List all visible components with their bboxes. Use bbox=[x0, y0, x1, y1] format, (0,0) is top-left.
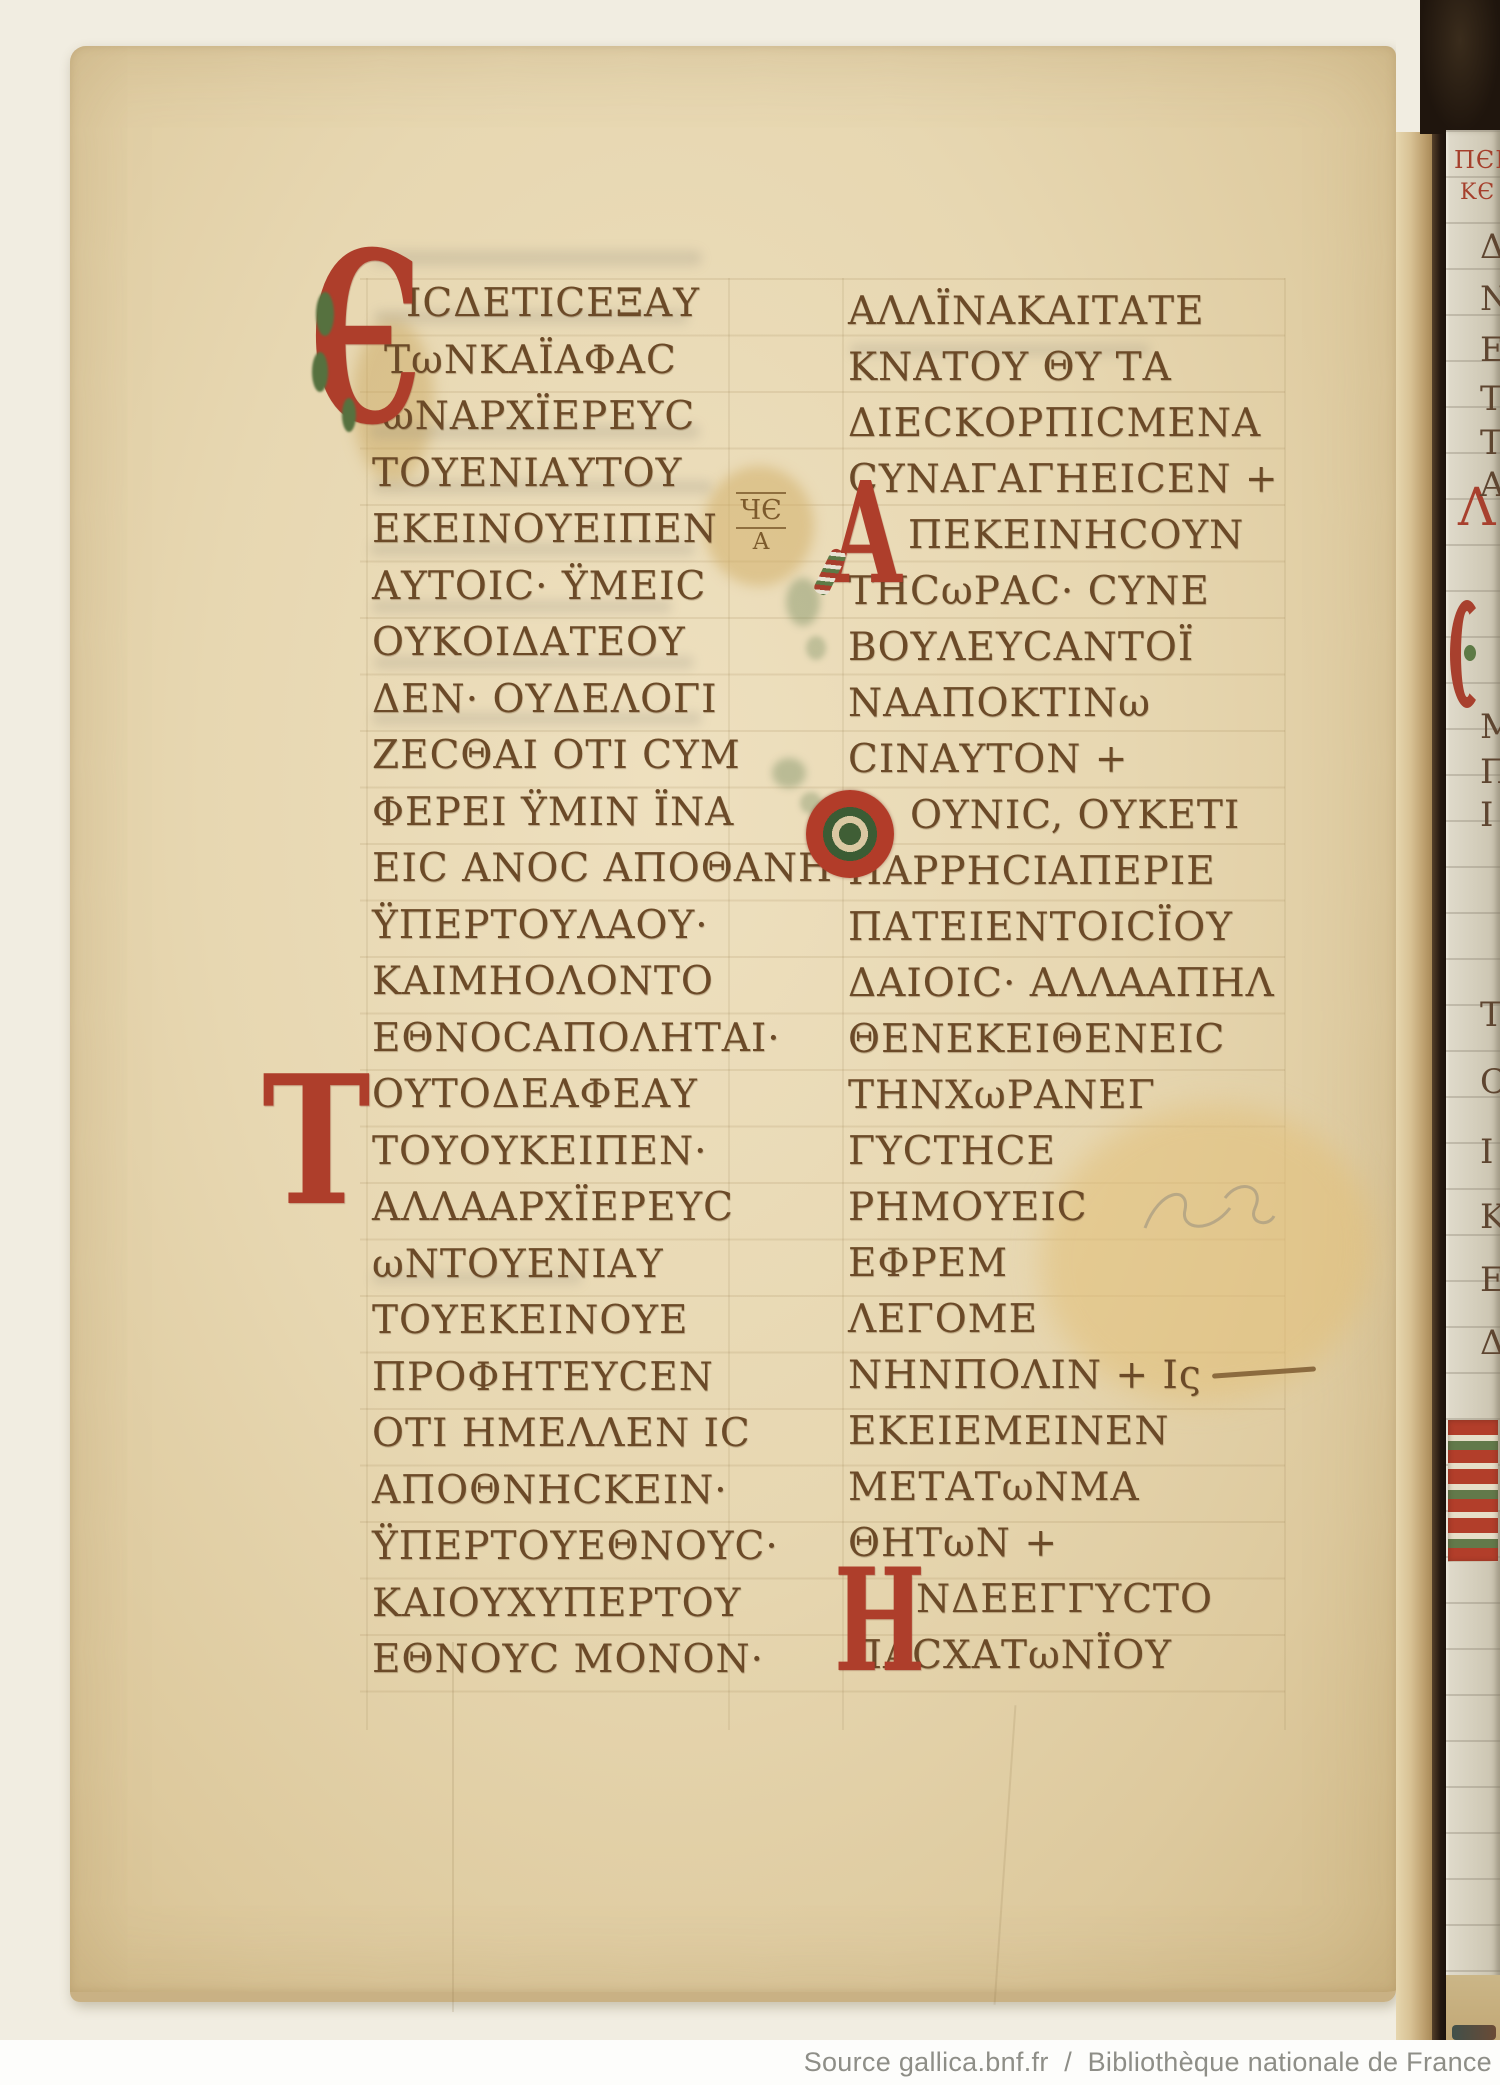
kephalaion-number: ЧЄ bbox=[736, 492, 786, 529]
page-edge bbox=[1396, 46, 1432, 2040]
manuscript-line: ΚΑΙΟΥΧΥΠΕΡΤΟΥ bbox=[372, 1576, 833, 1633]
manuscript-line: ΕΘΝΟΥC ΜΟΝΟΝ· bbox=[372, 1632, 833, 1689]
manuscript-line: ΑΥΤΟΙC· ΫΜΕΙC bbox=[372, 559, 833, 616]
manuscript-line: ΚΑΙΜΗΟΛΟΝΤΟ bbox=[372, 954, 833, 1011]
attribution-bar: Source gallica.bnf.fr / Bibliothèque nat… bbox=[0, 2040, 1500, 2085]
facing-rubric: ΚЄ bbox=[1460, 180, 1495, 205]
manuscript-line: ΤΗΝΧωΡΑΝΕΓ bbox=[848, 1068, 1279, 1124]
facing-letter: Ν bbox=[1480, 282, 1500, 316]
initial-foliage-icon bbox=[316, 292, 334, 336]
manuscript-line: ΕΦΡΕΜ bbox=[848, 1236, 1279, 1292]
manuscript-line: ΑΛΛΪΝΑΚΑΙΤΑΤΕ bbox=[848, 284, 1279, 340]
manuscript-line: ΑΠΟΘΝΗCΚΕΙΝ· bbox=[372, 1463, 833, 1520]
manuscript-line: ΫΠΕΡΤΟΥΕΘΝΟΥC· bbox=[372, 1519, 833, 1576]
manuscript-line: ωΝΤΟΥΕΝΙΑΥ bbox=[372, 1237, 833, 1294]
facing-letter: Π bbox=[1480, 755, 1500, 789]
manuscript-line: ΔΑΙΟΙC· ΑΛΛΑΑΠΗΛ bbox=[848, 956, 1279, 1012]
facing-ornament-band bbox=[1448, 1420, 1498, 1562]
manuscript-line: ΕΚΕΙΕΜΕΙΝΕΝ bbox=[848, 1404, 1279, 1460]
manuscript-line: ΔΕΝ· ΟΥΔΕΛΟΓΙ bbox=[372, 672, 833, 729]
manuscript-line: ΝΔΕΕΓΓΥCΤΟ bbox=[916, 1572, 1279, 1628]
facing-letter: Ι bbox=[1480, 1135, 1493, 1169]
manuscript-line: ΠΑΡΡΗCΙΑΠΕΡΙΕ bbox=[848, 844, 1279, 900]
ruling-vertical bbox=[1284, 278, 1286, 1730]
facing-letter: Μ bbox=[1480, 710, 1500, 744]
facing-letter: Κ bbox=[1480, 1200, 1500, 1234]
facing-rubric: ΠЄΡ bbox=[1454, 146, 1500, 174]
facing-letter: Ι bbox=[1480, 798, 1493, 832]
manuscript-line: ωΝΑΡΧΪΕΡΕΥC bbox=[382, 389, 833, 446]
manuscript-line: ΤΗCωΡΑC· CΥΝΕ bbox=[848, 564, 1279, 620]
manuscript-line: ΕΘΝΟCΑΠΟΛΗΤΑΙ· bbox=[372, 1011, 833, 1068]
facing-letter: Ε bbox=[1480, 333, 1500, 367]
manuscript-line: ΙCΔΕΤΙCΕΞΑΥ bbox=[406, 276, 833, 333]
attribution-text: Source gallica.bnf.fr / Bibliothèque nat… bbox=[804, 2047, 1492, 2078]
binding-spine-shadow bbox=[1420, 0, 1500, 134]
manuscript-line: ΟΥΚΟΙΔΑΤΕΟΥ bbox=[372, 615, 833, 672]
facing-initial-green-dot bbox=[1464, 645, 1476, 661]
facing-letter: C bbox=[1480, 1065, 1500, 1099]
facing-letter: Τ bbox=[1480, 998, 1500, 1032]
manuscript-line: CΥΝΑΓΑΓΗΕΙCΕΝ + bbox=[848, 452, 1279, 508]
manuscript-line: CΙΝΑΥΤΟΝ + bbox=[848, 732, 1279, 788]
manuscript-line: ΘΕΝΕΚΕΙΘΕΝΕΙC bbox=[848, 1012, 1279, 1068]
text-column-left: ΙCΔΕΤΙCΕΞΑΥΤωΝΚΑΪΑΦΑCωΝΑΡΧΪΕΡΕΥCΤΟΥΕΝΙΑΥ… bbox=[372, 276, 833, 1689]
initial-tau: Τ bbox=[262, 1052, 371, 1230]
manuscript-line: ΠΑΤΕΙΕΝΤΟΙCΪΟΥ bbox=[848, 900, 1279, 956]
manuscript-line: ΔΙΕCΚΟΡΠΙCΜΕΝΑ bbox=[848, 396, 1279, 452]
facing-letter: Ε bbox=[1480, 1263, 1500, 1297]
initial-alpha: Α bbox=[830, 464, 902, 604]
initial-eta: Η bbox=[834, 1550, 925, 1692]
manuscript-line: ΕΙC ΑΝΟC ΑΠΟΘΑΝΗ bbox=[372, 841, 833, 898]
manuscript-line: ΝΑΑΠΟΚΤΙΝω bbox=[848, 676, 1279, 732]
parchment-crease bbox=[452, 1642, 454, 2012]
kephalaion-note: ЧЄ Α bbox=[728, 492, 794, 555]
facing-letter: Δ bbox=[1480, 230, 1500, 264]
ruling-vertical bbox=[366, 278, 368, 1730]
initial-foliage-icon bbox=[312, 352, 328, 392]
binding-gutter bbox=[1432, 128, 1446, 2040]
manuscript-line: ΒΟΥΛΕΥCΑΝΤΟΪ bbox=[848, 620, 1279, 676]
manuscript-line: ΟΤΙ ΗΜΕΛΛΕΝ ΙC bbox=[372, 1406, 833, 1463]
initial-foliage-icon bbox=[342, 398, 356, 432]
initial-omicron-roundel bbox=[806, 790, 894, 878]
manuscript-line: ΛΕΓΟΜΕ bbox=[848, 1292, 1279, 1348]
facing-letter: Τ bbox=[1480, 426, 1500, 460]
facing-letter: Δ bbox=[1480, 1326, 1500, 1360]
manuscript-line: ΤΟΥΟΥΚΕΙΠΕΝ· bbox=[372, 1124, 833, 1181]
manuscript-line: ΚΝΑΤΟΥ ΘΥ ΤΑ bbox=[848, 340, 1279, 396]
manuscript-line: ΠΡΟΦΗΤΕΥCΕΝ bbox=[372, 1350, 833, 1407]
manuscript-line: ΜΕΤΑΤωΝΜΑ bbox=[848, 1460, 1279, 1516]
kephalaion-canon: Α bbox=[728, 529, 794, 555]
manuscript-line: ΟΥΤΟΔΕΑΦΕΑΥ bbox=[372, 1067, 833, 1124]
initial-epsilon: Є bbox=[310, 222, 422, 457]
manuscript-line: ΤΟΥΕΚΕΙΝΟΥΕ bbox=[372, 1293, 833, 1350]
manuscript-line: ΡΗΜΟΥΕΙC bbox=[848, 1180, 1279, 1236]
manuscript-line: ΫΠΕΡΤΟΥΛΑΟΥ· bbox=[372, 898, 833, 955]
manuscript-line: ΓΥCΤΗCΕ bbox=[848, 1124, 1279, 1180]
facing-page-edge: ΠЄΡ ΚЄ Λ ΔΝΕΤΤΑΜΠΙΤCΙΚΕΔ bbox=[1446, 130, 1500, 2040]
facing-page-bottom-blob bbox=[1452, 2025, 1496, 2040]
scanned-manuscript-view: ΙCΔΕΤΙCΕΞΑΥΤωΝΚΑΪΑΦΑCωΝΑΡΧΪΕΡΕΥCΤΟΥΕΝΙΑΥ… bbox=[0, 0, 1500, 2085]
manuscript-line: ΤωΝΚΑΪΑΦΑC bbox=[384, 333, 833, 390]
text-column-right: ΑΛΛΪΝΑΚΑΙΤΑΤΕΚΝΑΤΟΥ ΘΥ ΤΑΔΙΕCΚΟΡΠΙCΜΕΝΑC… bbox=[848, 284, 1279, 1684]
facing-letter: Τ bbox=[1480, 382, 1500, 416]
manuscript-line: ΦΕΡΕΙ ΫΜΙΝ ΪΝΑ bbox=[372, 785, 833, 842]
manuscript-line: ΖΕCΘΑΙ ΟΤΙ CΥΜ bbox=[372, 728, 833, 785]
manuscript-line: ΠΕΚΕΙΝΗCΟΥΝ bbox=[908, 508, 1279, 564]
manuscript-line: ΟΥΝΙC, ΟΥΚΕΤΙ bbox=[910, 788, 1279, 844]
manuscript-line: ΑΛΛΑΑΡΧΪΕΡΕΥC bbox=[372, 1180, 833, 1237]
facing-letter: Α bbox=[1480, 468, 1500, 502]
